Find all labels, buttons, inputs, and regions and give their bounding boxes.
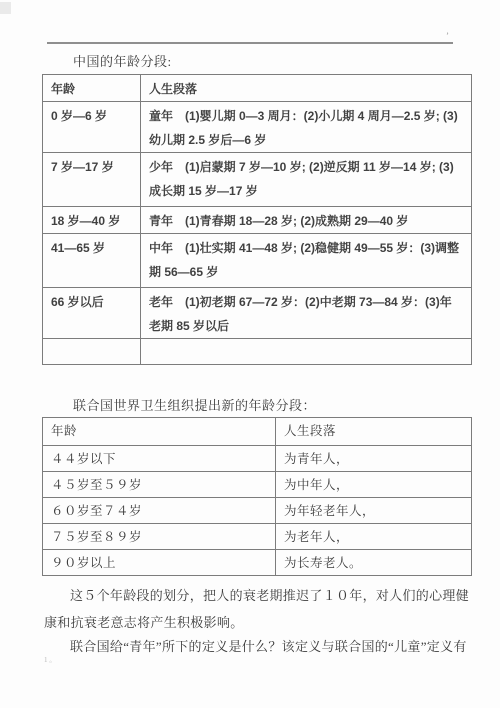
table-row: 18 岁—40 岁 青年 (1)青春期 18—28 岁; (2)成熟期 29—4… — [43, 207, 472, 234]
table1-age-cell: 66 岁以后 — [43, 288, 141, 339]
table2-age-cell: ７５岁至８９岁 — [43, 524, 276, 550]
table-row: ４５岁至５９岁 为中年人， — [43, 472, 472, 498]
table2-caption: 联合国世界卫生组织提出新的年龄分段： — [73, 395, 316, 414]
table2-header-stage: 人生段落 — [276, 418, 472, 446]
table1-stage-cell: 青年 (1)青春期 18—28 岁; (2)成熟期 29—40 岁 — [141, 207, 472, 234]
table-row: 41—65 岁 中年 (1)壮实期 41—48 岁; (2)稳健期 49—55 … — [43, 234, 472, 288]
table1-age-cell: 18 岁—40 岁 — [43, 207, 141, 234]
table2-age-cell: ６０岁至７４岁 — [43, 498, 276, 524]
table1-age-cell: 0 岁—6 岁 — [43, 102, 141, 153]
table1-stage-cell: 童年 (1)婴儿期 0—3 周月：(2)小儿期 4 周月—2.5 岁; (3)幼… — [141, 102, 472, 153]
table-row: 66 岁以后 老年 (1)初老期 67—72 岁：(2)中老期 73—84 岁：… — [43, 288, 472, 339]
document-page: ’ 中国的年龄分段: 年龄 人生段落 0 岁—6 岁 童年 (1)婴儿期 0—3… — [0, 0, 500, 708]
stray-mark: ’ — [446, 31, 449, 41]
table1-header-stage: 人生段落 — [141, 75, 472, 102]
table2-stage-cell: 为中年人， — [276, 472, 472, 498]
paragraph-age-division: 这５个年龄段的划分，把人的衰老期推迟了１０年，对人们的心理健康和抗衰老意志将产生… — [44, 582, 472, 636]
who-age-table: 年龄 人生段落 ４４岁以下 为青年人， ４５岁至５９岁 为中年人， ６０岁至７４… — [42, 417, 472, 576]
table2-stage-cell: 为年轻老年人， — [276, 498, 472, 524]
table-row: ４４岁以下 为青年人， — [43, 446, 472, 472]
top-horizontal-rule — [47, 42, 453, 44]
table-row: 7 岁—17 岁 少年 (1)启蒙期 7 岁—10 岁; (2)逆反期 11 岁… — [43, 153, 472, 207]
table2-stage-cell: 为青年人， — [276, 446, 472, 472]
table2-age-cell: ４５岁至５９岁 — [43, 472, 276, 498]
table1-stage-cell — [141, 339, 472, 365]
table-row: ９０岁以上 为长寿老人。 — [43, 550, 472, 576]
table2-age-cell: ４４岁以下 — [43, 446, 276, 472]
table-row-empty — [43, 339, 472, 365]
table1-caption: 中国的年龄分段: — [73, 51, 172, 70]
table1-stage-cell: 老年 (1)初老期 67—72 岁：(2)中老期 73—84 岁：(3)年老期 … — [141, 288, 472, 339]
table-row: 0 岁—6 岁 童年 (1)婴儿期 0—3 周月：(2)小儿期 4 周月—2.5… — [43, 102, 472, 153]
table-header-row: 年龄 人生段落 — [43, 75, 472, 102]
table1-stage-cell: 少年 (1)启蒙期 7 岁—10 岁; (2)逆反期 11 岁—14 岁; (3… — [141, 153, 472, 207]
scan-corner-artifact — [0, 2, 11, 14]
china-age-table: 年龄 人生段落 0 岁—6 岁 童年 (1)婴儿期 0—3 周月：(2)小儿期 … — [42, 74, 472, 365]
table2-stage-cell: 为长寿老人。 — [276, 550, 472, 576]
table-row: ７５岁至８９岁 为老年人， — [43, 524, 472, 550]
table2-stage-cell: 为老年人， — [276, 524, 472, 550]
table1-stage-cell: 中年 (1)壮实期 41—48 岁; (2)稳健期 49—55 岁：(3)调整期… — [141, 234, 472, 288]
table1-age-cell: 41—65 岁 — [43, 234, 141, 288]
table1-age-cell: 7 岁—17 岁 — [43, 153, 141, 207]
table1-header-age: 年龄 — [43, 75, 141, 102]
table-header-row: 年龄 人生段落 — [43, 418, 472, 446]
faint-footnote-mark: 1 。 — [44, 655, 56, 665]
paragraph-un-definition: 联合国给“青年”所下的定义是什么？该定义与联合国的“儿童”定义有 — [44, 633, 472, 660]
table-row: ６０岁至７４岁 为年轻老年人， — [43, 498, 472, 524]
table2-age-cell: ９０岁以上 — [43, 550, 276, 576]
table2-header-age: 年龄 — [43, 418, 276, 446]
table1-age-cell — [43, 339, 141, 365]
